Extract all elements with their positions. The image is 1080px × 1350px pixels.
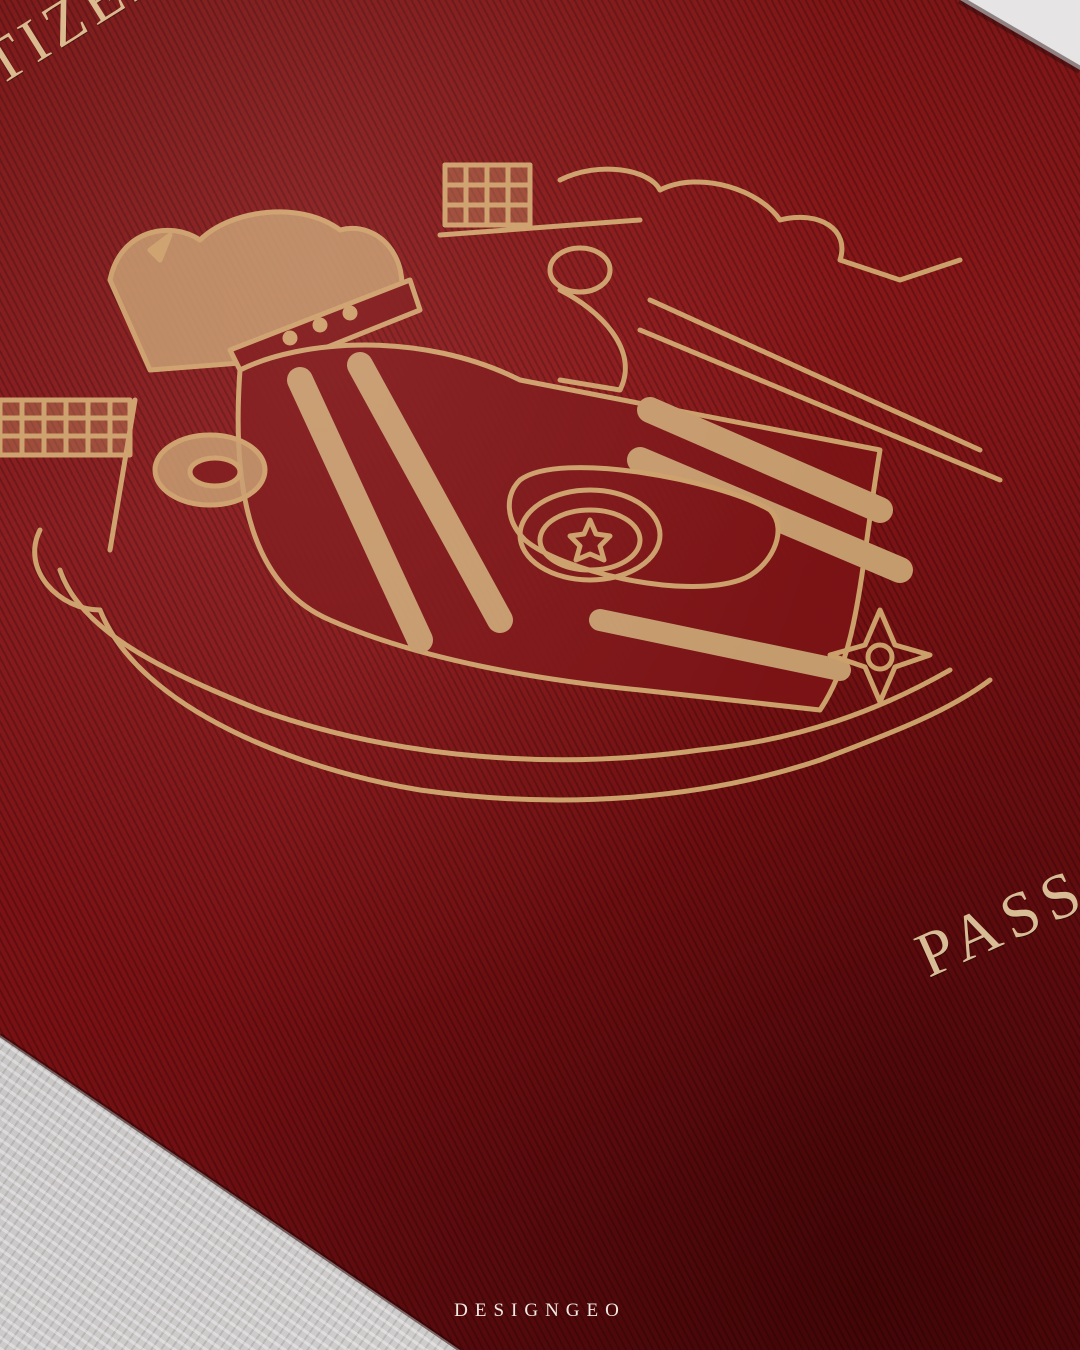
- helmet-icon: [155, 435, 265, 505]
- ribbon-scroll-icon: [35, 530, 990, 800]
- crown-icon: [110, 212, 420, 380]
- racing-driver-icon: [550, 169, 1000, 480]
- watermark-text: DESIGNGEO: [0, 1300, 1080, 1322]
- cover-title-text: TIZEN: [0, 0, 185, 100]
- checkered-flag-icon: [440, 165, 640, 235]
- shield-icon: [238, 345, 900, 710]
- compass-star-icon: [830, 610, 930, 702]
- cover-passport-text: PASS: [905, 852, 1080, 992]
- coat-of-arms-emblem: [0, 150, 1080, 830]
- tyre-icon: [509, 468, 778, 587]
- left-flag-icon: [0, 400, 135, 550]
